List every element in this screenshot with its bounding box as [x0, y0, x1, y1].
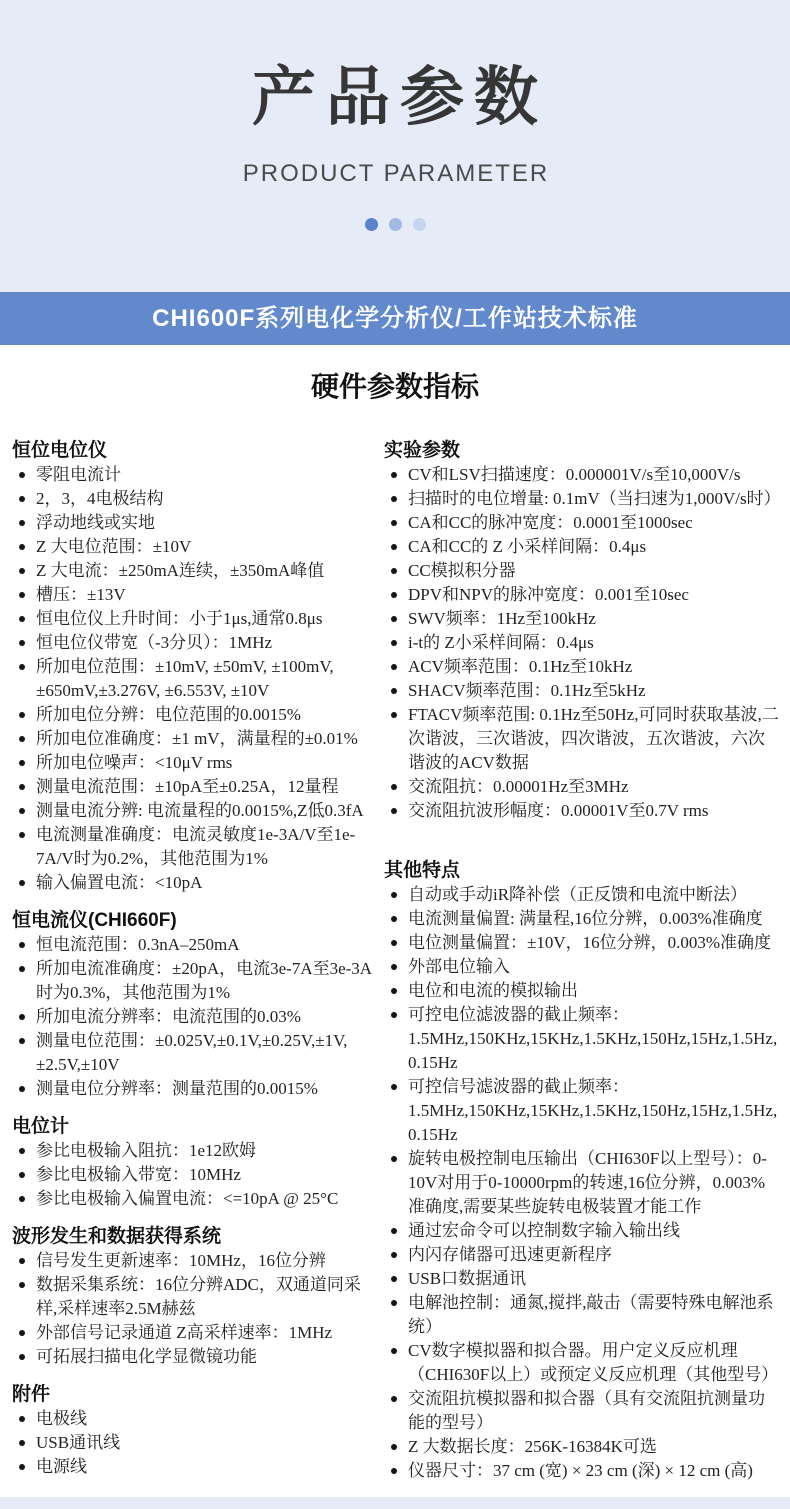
spec-item: 测量电流范围：±10pA至±0.25A，12量程	[10, 775, 380, 799]
spec-item: i-t的 Z小采样间隔：0.4μs	[382, 631, 780, 655]
spec-item: 测量电流分辨: 电流量程的0.0015%,Z低0.3fA	[10, 799, 380, 823]
spec-list: 信号发生更新速率：10MHz，16位分辨数据采集系统：16位分辨ADC，双通道同…	[10, 1249, 380, 1369]
spec-item: 外部信号记录通道 Z高采样速率：1MHz	[10, 1321, 380, 1345]
carousel-dot-3[interactable]	[413, 218, 426, 231]
spec-item: 电位和电流的模拟输出	[382, 979, 780, 1003]
spec-section-heading: 电位计	[12, 1115, 380, 1139]
spec-section: 附件电极线USB通讯线电源线	[10, 1383, 380, 1479]
spec-item: 可拓展扫描电化学显微镜功能	[10, 1345, 380, 1369]
spec-section: 恒电流仪(CHI660F)恒电流范围：0.3nA–250mA所加电流准确度：±2…	[10, 909, 380, 1101]
next-section-edge	[0, 1497, 790, 1509]
spec-item: 旋转电极控制电压输出（CHI630F以上型号）：0-10V对用于0-10000r…	[382, 1147, 780, 1219]
spec-section-heading: 恒电流仪(CHI660F)	[12, 909, 380, 933]
spec-item: 电源线	[10, 1455, 380, 1479]
spec-item: 浮动地线或实地	[10, 511, 380, 535]
page-subtitle: PRODUCT PARAMETER	[0, 160, 790, 188]
spec-item: CV和LSV扫描速度：0.000001V/s至10,000V/s	[382, 463, 780, 487]
spec-section-heading: 恒位电位仪	[12, 439, 380, 463]
spec-list: 自动或手动iR降补偿（正反馈和电流中断法）电流测量偏置: 满量程,16位分辨，0…	[382, 883, 780, 1483]
spec-item: 所加电流分辨率：电流范围的0.03%	[10, 1005, 380, 1029]
spec-item: 信号发生更新速率：10MHz，16位分辨	[10, 1249, 380, 1273]
carousel-dot-2[interactable]	[389, 218, 402, 231]
spec-item: 2，3，4电极结构	[10, 487, 380, 511]
spec-item: USB通讯线	[10, 1431, 380, 1455]
spec-item: 所加电位分辨：电位范围的0.0015%	[10, 703, 380, 727]
spec-item: 恒电位仪带宽（-3分贝）：1MHz	[10, 631, 380, 655]
spec-list: 恒电流范围：0.3nA–250mA所加电流准确度：±20pA，电流3e-7A至3…	[10, 933, 380, 1101]
spec-item: 参比电极输入偏置电流：<=10pA @ 25°C	[10, 1187, 380, 1211]
standard-banner: CHI600F系列电化学分析仪/工作站技术标准	[0, 292, 790, 345]
spec-item: 电流测量准确度：电流灵敏度1e-3A/V至1e-7A/V时为0.2%，其他范围为…	[10, 823, 380, 871]
spec-item: 通过宏命令可以控制数字输入输出线	[382, 1219, 780, 1243]
spec-item: 参比电极输入带宽：10MHz	[10, 1163, 380, 1187]
spec-section-heading: 实验参数	[384, 439, 780, 463]
hero-section: 产品参数 PRODUCT PARAMETER	[0, 0, 790, 292]
spec-item: 交流阻抗模拟器和拟合器（具有交流阻抗测量功能的型号）	[382, 1387, 780, 1435]
spec-item: 零阻电流计	[10, 463, 380, 487]
spec-columns: 恒位电位仪零阻电流计2，3，4电极结构浮动地线或实地Z 大电位范围：±10VZ …	[10, 439, 780, 1483]
spec-item: 恒电流范围：0.3nA–250mA	[10, 933, 380, 957]
spec-item: USB口数据通讯	[382, 1267, 780, 1291]
spec-section-heading: 波形发生和数据获得系统	[12, 1225, 380, 1249]
spec-item: 所加电位准确度：±1 mV，满量程的±0.01%	[10, 727, 380, 751]
spec-item: CA和CC的脉冲宽度：0.0001至1000sec	[382, 511, 780, 535]
column-right: 实验参数CV和LSV扫描速度：0.000001V/s至10,000V/s扫描时的…	[382, 439, 780, 1483]
spec-item: 交流阻抗：0.00001Hz至3MHz	[382, 775, 780, 799]
spec-item: 仪器尺寸：37 cm (宽) × 23 cm (深) × 12 cm (高)	[382, 1459, 780, 1483]
spec-item: 外部电位输入	[382, 955, 780, 979]
spec-item: CA和CC的 Z 小采样间隔：0.4μs	[382, 535, 780, 559]
spec-list: 零阻电流计2，3，4电极结构浮动地线或实地Z 大电位范围：±10VZ 大电流：±…	[10, 463, 380, 895]
spec-item: 内闪存储器可迅速更新程序	[382, 1243, 780, 1267]
spec-item: Z 大电位范围：±10V	[10, 535, 380, 559]
spec-item: 电流测量偏置: 满量程,16位分辨，0.003%准确度	[382, 907, 780, 931]
spec-item: 扫描时的电位增量: 0.1mV（当扫速为1,000V/s时）	[382, 487, 780, 511]
carousel-dot-1[interactable]	[365, 218, 378, 231]
spec-item: 所加电流准确度：±20pA，电流3e-7A至3e-3A时为0.3%，其他范围为1…	[10, 957, 380, 1005]
spec-section: 实验参数CV和LSV扫描速度：0.000001V/s至10,000V/s扫描时的…	[382, 439, 780, 823]
hardware-spec-title: 硬件参数指标	[10, 365, 780, 405]
spec-item: 测量电位范围：±0.025V,±0.1V,±0.25V,±1V,±2.5V,±1…	[10, 1029, 380, 1077]
spec-item: 数据采集系统：16位分辨ADC，双通道同采样,采样速率2.5M赫兹	[10, 1273, 380, 1321]
spec-item: 所加电位范围：±10mV, ±50mV, ±100mV, ±650mV,±3.2…	[10, 655, 380, 703]
spec-item: Z 大数据长度：256K-16384K可选	[382, 1435, 780, 1459]
spec-item: 输入偏置电流：<10pA	[10, 871, 380, 895]
spec-item: CC模拟积分器	[382, 559, 780, 583]
spec-item: 测量电位分辨率：测量范围的0.0015%	[10, 1077, 380, 1101]
spec-item: 所加电位噪声：<10μV rms	[10, 751, 380, 775]
carousel-dots	[0, 218, 790, 231]
spec-list: 参比电极输入阻抗：1e12欧姆参比电极输入带宽：10MHz参比电极输入偏置电流：…	[10, 1139, 380, 1211]
spec-item: ACV频率范围：0.1Hz至10kHz	[382, 655, 780, 679]
spec-item: CV数字模拟器和拟合器。用户定义反应机理（CHI630F以上）或预定义反应机理（…	[382, 1339, 780, 1387]
column-left: 恒位电位仪零阻电流计2，3，4电极结构浮动地线或实地Z 大电位范围：±10VZ …	[10, 439, 380, 1483]
spec-list: 电极线USB通讯线电源线	[10, 1407, 380, 1479]
spec-item: 电极线	[10, 1407, 380, 1431]
spec-item: 槽压：±13V	[10, 583, 380, 607]
spec-item: DPV和NPV的脉冲宽度：0.001至10sec	[382, 583, 780, 607]
spec-item: Z 大电流：±250mA连续，±350mA峰值	[10, 559, 380, 583]
spec-section: 其他特点自动或手动iR降补偿（正反馈和电流中断法）电流测量偏置: 满量程,16位…	[382, 859, 780, 1483]
spec-list: CV和LSV扫描速度：0.000001V/s至10,000V/s扫描时的电位增量…	[382, 463, 780, 823]
page-title: 产品参数	[0, 0, 790, 136]
spec-section: 电位计参比电极输入阻抗：1e12欧姆参比电极输入带宽：10MHz参比电极输入偏置…	[10, 1115, 380, 1211]
spec-item: 恒电位仪上升时间：小于1μs,通常0.8μs	[10, 607, 380, 631]
spec-section-heading: 附件	[12, 1383, 380, 1407]
spec-item: SHACV频率范围：0.1Hz至5kHz	[382, 679, 780, 703]
spec-item: SWV频率：1Hz至100kHz	[382, 607, 780, 631]
spec-section-heading: 其他特点	[384, 859, 780, 883]
spec-item: 交流阻抗波形幅度：0.00001V至0.7V rms	[382, 799, 780, 823]
spec-item: FTACV频率范围: 0.1Hz至50Hz,可同时获取基波,二次谐波，三次谐波，…	[382, 703, 780, 775]
spec-content: 硬件参数指标 恒位电位仪零阻电流计2，3，4电极结构浮动地线或实地Z 大电位范围…	[0, 345, 790, 1483]
spec-item: 电位测量偏置：±10V，16位分辨，0.003%准确度	[382, 931, 780, 955]
spec-item: 参比电极输入阻抗：1e12欧姆	[10, 1139, 380, 1163]
spec-section: 波形发生和数据获得系统信号发生更新速率：10MHz，16位分辨数据采集系统：16…	[10, 1225, 380, 1369]
spec-item: 可控电位滤波器的截止频率：1.5MHz,150KHz,15KHz,1.5KHz,…	[382, 1003, 780, 1075]
spec-section: 恒位电位仪零阻电流计2，3，4电极结构浮动地线或实地Z 大电位范围：±10VZ …	[10, 439, 380, 895]
spec-item: 可控信号滤波器的截止频率：1.5MHz,150KHz,15KHz,1.5KHz,…	[382, 1075, 780, 1147]
spec-item: 电解池控制：通氮,搅拌,敲击（需要特殊电解池系统）	[382, 1291, 780, 1339]
spec-item: 自动或手动iR降补偿（正反馈和电流中断法）	[382, 883, 780, 907]
